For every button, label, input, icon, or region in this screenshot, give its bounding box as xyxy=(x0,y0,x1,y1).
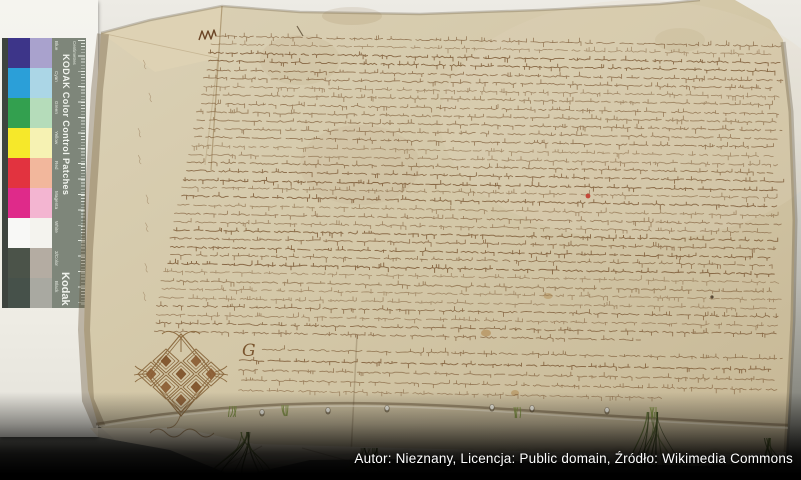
closing-initial: G xyxy=(242,341,256,361)
red-wax-mark xyxy=(586,194,591,199)
image-caption: Autor: Nieznany, Licencja: Public domain… xyxy=(354,451,793,466)
screenshot-root: Centimetres KODAK Color Control Patches … xyxy=(0,0,801,480)
caption-gradient-shade xyxy=(0,392,801,480)
